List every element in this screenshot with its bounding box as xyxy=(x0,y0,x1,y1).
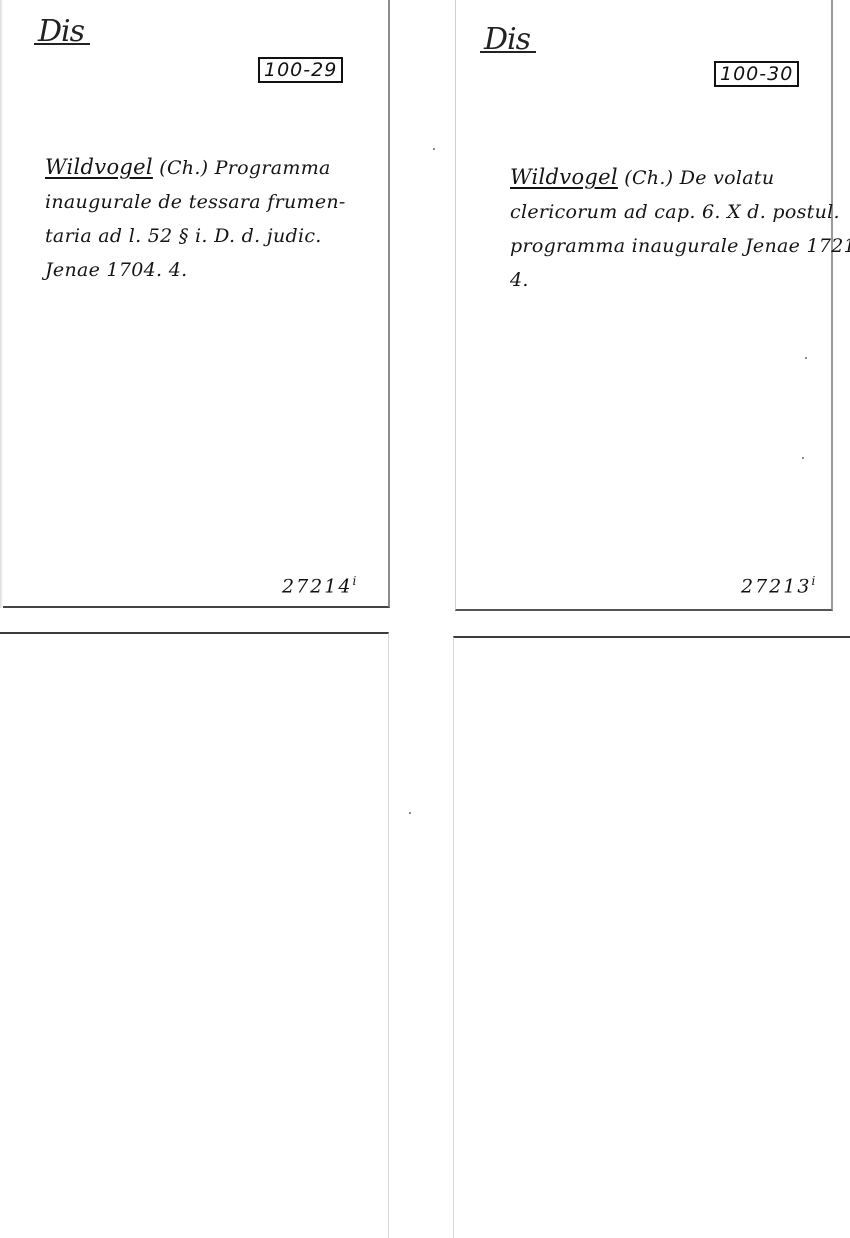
blank-card-back-left xyxy=(0,632,389,1238)
classification-mark: Dis xyxy=(484,22,530,57)
shelfmark-box: 100-30 xyxy=(714,61,799,87)
shelfmark-box: 100-29 xyxy=(258,57,343,83)
scan-speck xyxy=(805,357,807,359)
catalog-card-100-30: Dis 100-30 Wildvogel (Ch.) De volatu cle… xyxy=(455,0,833,611)
entry-line-1: Wildvogel (Ch.) Programma xyxy=(45,150,346,185)
author-name: Wildvogel xyxy=(510,165,618,189)
entry-line-4: 4. xyxy=(510,263,850,297)
accession-suffix: i xyxy=(811,574,815,588)
entry-line-2: inaugurale de tessara frumen- xyxy=(45,185,346,219)
accession-suffix: i xyxy=(352,574,356,588)
accession-number: 27214i xyxy=(282,574,356,597)
accession-digits: 27213 xyxy=(741,575,811,597)
scan-speck xyxy=(433,148,435,150)
entry-title-start: (Ch.) De volatu xyxy=(618,167,774,189)
catalog-entry-text: Wildvogel (Ch.) Programma inaugurale de … xyxy=(45,150,346,287)
blank-card-back-right xyxy=(453,636,850,1238)
accession-number: 27213i xyxy=(741,574,815,597)
entry-line-4: Jenae 1704. 4. xyxy=(45,253,346,287)
entry-title-start: (Ch.) Programma xyxy=(153,157,331,179)
scan-speck xyxy=(409,812,411,814)
catalog-entry-text: Wildvogel (Ch.) De volatu clericorum ad … xyxy=(510,160,850,297)
entry-line-2: clericorum ad cap. 6. X d. postul. xyxy=(510,195,850,229)
entry-line-3: programma inaugurale Jenae 1721. xyxy=(510,229,850,263)
accession-digits: 27214 xyxy=(282,575,352,597)
classification-mark: Dis xyxy=(38,14,84,49)
scan-speck xyxy=(802,457,804,459)
entry-line-1: Wildvogel (Ch.) De volatu xyxy=(510,160,850,195)
author-name: Wildvogel xyxy=(45,155,153,179)
catalog-card-100-29: Dis 100-29 Wildvogel (Ch.) Programma ina… xyxy=(0,0,390,608)
card-edge-shadow xyxy=(0,0,3,608)
entry-line-3: taria ad l. 52 § i. D. d. judic. xyxy=(45,219,346,253)
